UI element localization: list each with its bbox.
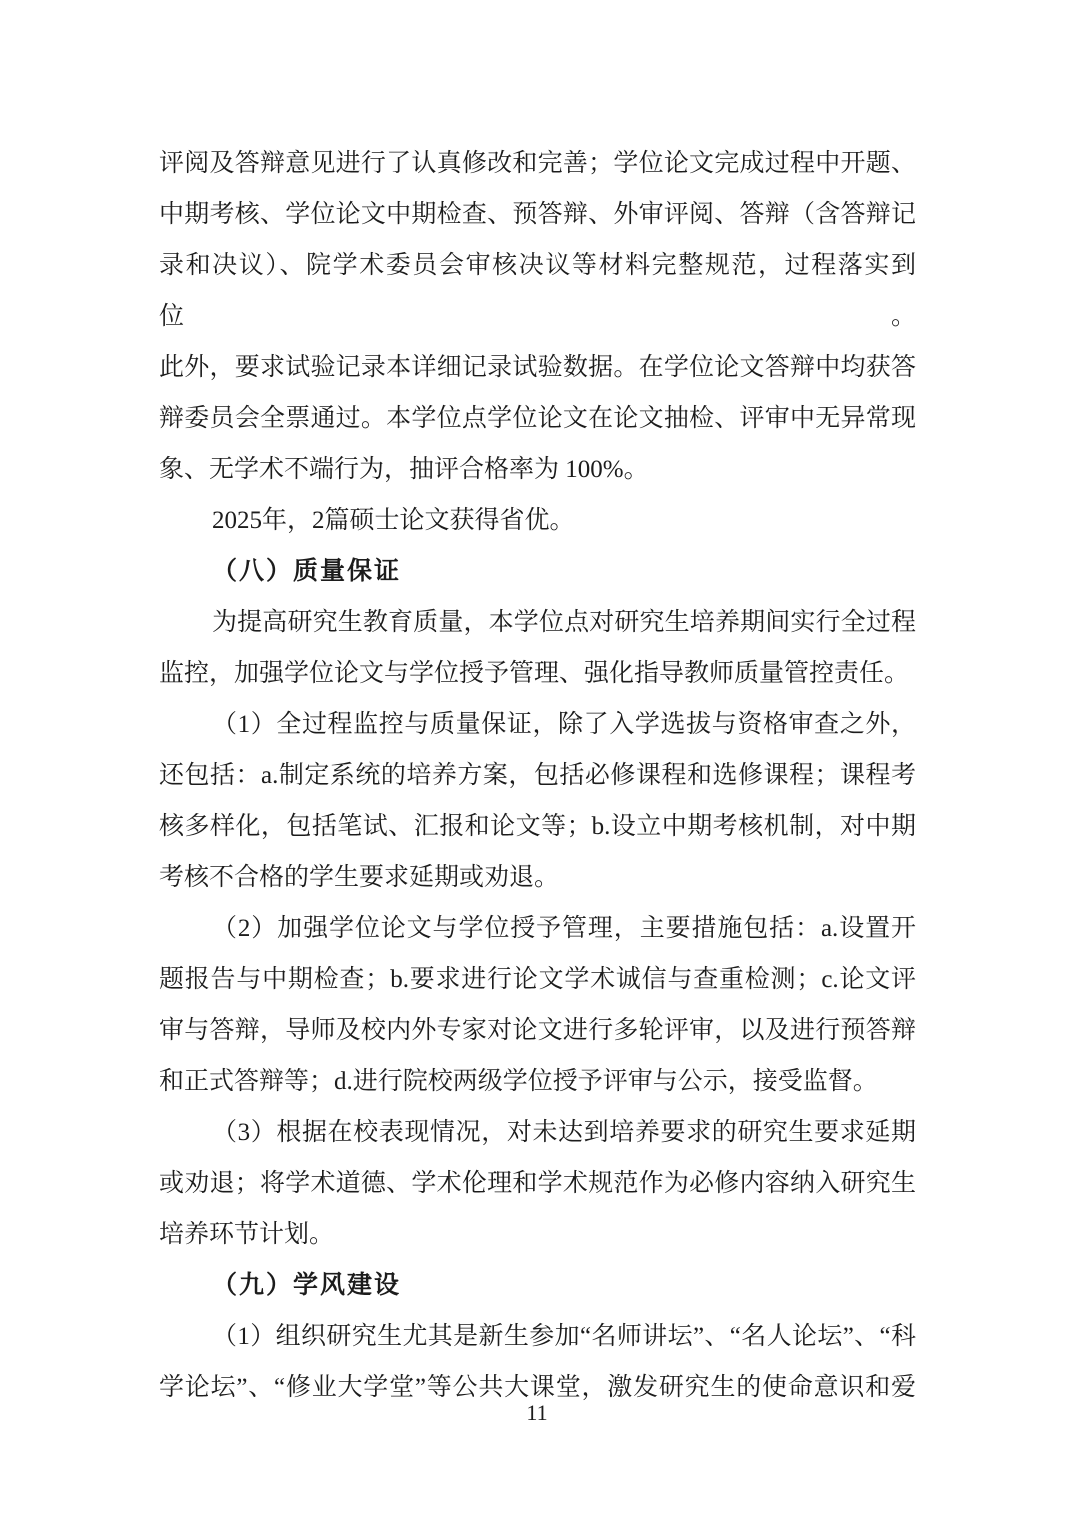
- paragraph-line: 为提高研究生教育质量，本学位点对研究生培养期间实行全过程: [159, 597, 916, 648]
- paragraph-line: 辩委员会全票通过。本学位点学位论文在论文抽检、评审中无异常现: [159, 393, 916, 444]
- paragraph-line: （1）全过程监控与质量保证，除了入学选拔与资格审查之外，: [159, 699, 916, 750]
- paragraph-line: 和正式答辩等；d.进行院校两级学位授予评审与公示，接受监督。: [159, 1056, 916, 1107]
- paragraph-line: 2025年，2篇硕士论文获得省优。: [159, 495, 916, 546]
- paragraph-line: 评阅及答辩意见进行了认真修改和完善；学位论文完成过程中开题、: [159, 138, 916, 189]
- section-heading: （九）学风建设: [159, 1260, 916, 1311]
- document-body: 评阅及答辩意见进行了认真修改和完善；学位论文完成过程中开题、 中期考核、学位论文…: [159, 138, 916, 1413]
- paragraph-line: （2）加强学位论文与学位授予管理，主要措施包括：a.设置开: [159, 903, 916, 954]
- paragraph-line: 培养环节计划。: [159, 1209, 916, 1260]
- paragraph-line: 录和决议）、院学术委员会审核决议等材料完整规范，过程落实到位。: [159, 240, 916, 342]
- paragraph-line: 核多样化，包括笔试、汇报和论文等；b.设立中期考核机制，对中期: [159, 801, 916, 852]
- paragraph-line: 象、无学术不端行为，抽评合格率为 100%。: [159, 444, 916, 495]
- paragraph-line: 考核不合格的学生要求延期或劝退。: [159, 852, 916, 903]
- paragraph-line: 或劝退；将学术道德、学术伦理和学术规范作为必修内容纳入研究生: [159, 1158, 916, 1209]
- page-number: 11: [0, 1398, 1074, 1428]
- paragraph-line: （3）根据在校表现情况，对未达到培养要求的研究生要求延期: [159, 1107, 916, 1158]
- section-heading: （八）质量保证: [159, 546, 916, 597]
- paragraph-line: 此外，要求试验记录本详细记录试验数据。在学位论文答辩中均获答: [159, 342, 916, 393]
- paragraph-line: （1）组织研究生尤其是新生参加“名师讲坛”、“名人论坛”、“科: [159, 1311, 916, 1362]
- paragraph-line: 题报告与中期检查；b.要求进行论文学术诚信与查重检测；c.论文评: [159, 954, 916, 1005]
- paragraph-line: 审与答辩，导师及校内外专家对论文进行多轮评审，以及进行预答辩: [159, 1005, 916, 1056]
- paragraph-line: 中期考核、学位论文中期检查、预答辩、外审评阅、答辩（含答辩记: [159, 189, 916, 240]
- document-page: 评阅及答辩意见进行了认真修改和完善；学位论文完成过程中开题、 中期考核、学位论文…: [0, 0, 1074, 1520]
- paragraph-line: 还包括：a.制定系统的培养方案，包括必修课程和选修课程；课程考: [159, 750, 916, 801]
- paragraph-line: 监控，加强学位论文与学位授予管理、强化指导教师质量管控责任。: [159, 648, 916, 699]
